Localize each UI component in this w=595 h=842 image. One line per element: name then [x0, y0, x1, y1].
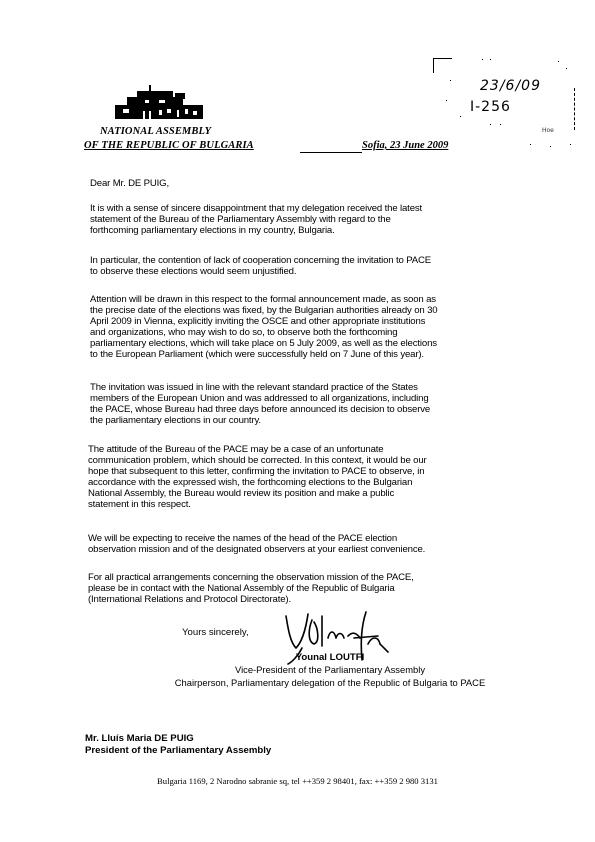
parliament-building-logo-icon — [115, 85, 203, 119]
paragraph-contention: In particular, the contention of lack of… — [90, 255, 530, 277]
stamp-note: Hoe — [542, 127, 554, 134]
addressee-name: Mr. Lluís Maria DE PUIG — [85, 733, 194, 744]
paragraph-disappointment: It is with a sense of sincere disappoint… — [90, 203, 530, 236]
addressee-title: President of the Parliamentary Assembly — [85, 745, 271, 756]
footer-address: Bulgaria 1169, 2 Narodno sabranie sq, te… — [0, 776, 595, 786]
organization-name: NATIONAL ASSEMBLY — [100, 126, 220, 137]
paragraph-invitation: The invitation was issued in line with t… — [90, 382, 530, 426]
paragraph-practical-arrangements: For all practical arrangements concernin… — [88, 572, 528, 605]
stamp-reference-number: I-256 — [470, 99, 511, 115]
received-stamp: 23/6/09 I-256 Hoe — [430, 56, 580, 151]
stamp-handwritten-date: 23/6/09 — [480, 78, 541, 94]
signer-title: Vice-President of the Parliamentary Asse… — [160, 664, 500, 675]
signer-role: Chairperson, Parliamentary delegation of… — [160, 677, 500, 688]
stamp-border — [574, 88, 575, 130]
paragraph-expecting-names: We will be expecting to receive the name… — [88, 533, 528, 555]
salutation: Dear Mr. DE PUIG, — [90, 178, 530, 189]
stamp-corner-mark — [433, 58, 452, 73]
signer-name: Younal LOUTFI — [160, 652, 500, 663]
date-rule-divider — [300, 152, 362, 153]
organization-country: OF THE REPUBLIC OF BULGARIA — [84, 140, 254, 151]
paragraph-announcement: Attention will be drawn in this respect … — [90, 294, 530, 360]
paragraph-attitude: The attitude of the Bureau of the PACE m… — [88, 444, 528, 510]
closing: Yours sincerely, — [182, 627, 249, 638]
